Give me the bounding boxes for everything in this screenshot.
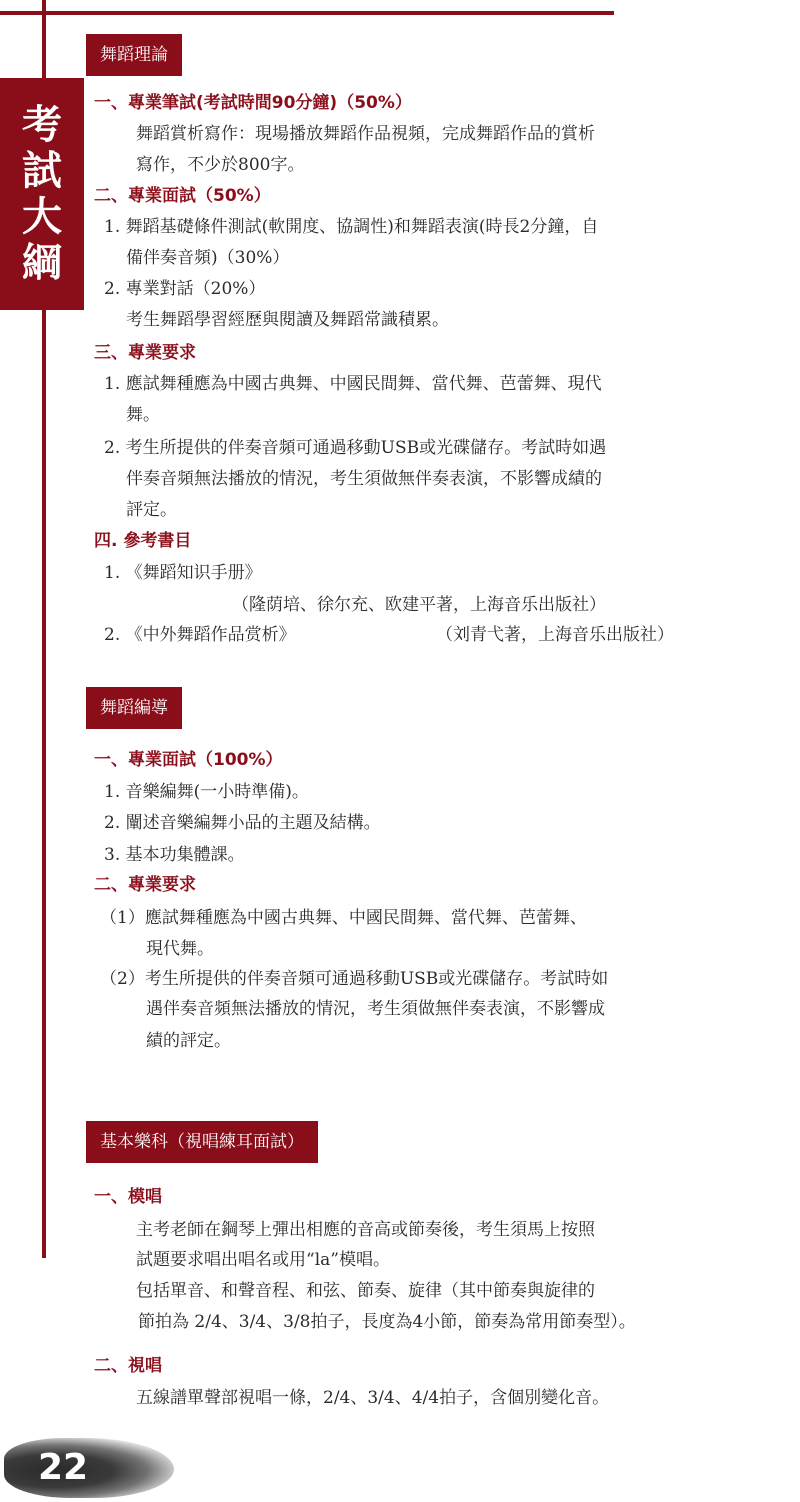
body-text: 五線譜單聲部視唱一條，2/4、3/4、4/4拍子，含個別變化音。 bbox=[136, 1383, 609, 1413]
list-item: 1. 舞蹈基礎條件測試(軟開度、協調性)和舞蹈表演(時長2分鐘，自 bbox=[104, 212, 598, 242]
list-item: 2. 考生所提供的伴奏音頻可通過移動USB或光碟儲存。考試時如遇 bbox=[104, 433, 606, 463]
sidebar-title-char: 大 bbox=[22, 194, 62, 240]
list-item: 2. 《中外舞蹈作品赏析》 bbox=[104, 620, 296, 650]
book-author: （隆荫培、徐尔充、欧建平著，上海音乐出版社） bbox=[232, 590, 606, 620]
body-text: 寫作，不少於800字。 bbox=[136, 150, 304, 180]
heading: 四. 參考書目 bbox=[94, 526, 191, 556]
list-item: 2. 闡述音樂編舞小品的主題及結構。 bbox=[104, 808, 381, 838]
body-text: 伴奏音頻無法播放的情況，考生須做無伴奏表演，不影響成績的 bbox=[126, 464, 602, 494]
section-tag-choreography: 舞蹈編導 bbox=[86, 687, 182, 729]
sidebar-title-char: 試 bbox=[22, 148, 62, 194]
body-text: 現代舞。 bbox=[146, 934, 214, 964]
body-text: 評定。 bbox=[126, 495, 177, 525]
list-item: 2. 專業對話（20%） bbox=[104, 274, 265, 304]
sidebar-title-block: 考 試 大 綱 bbox=[0, 78, 84, 310]
sidebar-title-char: 考 bbox=[22, 102, 62, 148]
body-text: 備伴奏音頻)（30%） bbox=[126, 243, 289, 273]
heading: 一、模唱 bbox=[94, 1182, 162, 1212]
ink-brush-stroke-icon bbox=[4, 1438, 174, 1498]
body-text: 試題要求唱出唱名或用“la”模唱。 bbox=[136, 1245, 390, 1275]
list-item: 1. 應試舞種應為中國古典舞、中國民間舞、當代舞、芭蕾舞、現代 bbox=[104, 369, 602, 399]
body-text: 舞蹈賞析寫作：現場播放舞蹈作品視頻，完成舞蹈作品的賞析 bbox=[136, 119, 595, 149]
heading: 三、專業要求 bbox=[94, 338, 196, 368]
heading: 一、專業筆試(考試時間90分鐘)（50%） bbox=[94, 88, 412, 118]
heading: 二、專業要求 bbox=[94, 870, 196, 900]
list-item: 3. 基本功集體課。 bbox=[104, 840, 245, 870]
heading: 二、專業面試（50%） bbox=[94, 181, 271, 211]
body-text: 節拍為 2/4、3/4、3/8拍子，長度為4小節，節奏為常用節奏型）。 bbox=[138, 1307, 636, 1337]
heading: 一、專業面試（100%） bbox=[94, 745, 283, 775]
section-tag-basic-music: 基本樂科（視唱練耳面試） bbox=[86, 1121, 318, 1163]
body-text: 考生舞蹈學習經歷與閱讀及舞蹈常識積累。 bbox=[126, 305, 449, 335]
body-text: 包括單音、和聲音程、和弦、節奏、旋律（其中節奏與旋律的 bbox=[136, 1276, 595, 1306]
list-item: （1）應試舞種應為中國古典舞、中國民間舞、當代舞、芭蕾舞、 bbox=[100, 903, 587, 933]
heading: 二、視唱 bbox=[94, 1351, 162, 1381]
list-item: 1. 《舞蹈知识手册》 bbox=[104, 558, 262, 588]
body-text: 舞。 bbox=[126, 400, 160, 430]
list-item: 1. 音樂編舞(一小時準備)。 bbox=[104, 777, 309, 807]
body-text: 主考老師在鋼琴上彈出相應的音高或節奏後，考生須馬上按照 bbox=[136, 1215, 595, 1245]
section-tag-dance-theory: 舞蹈理論 bbox=[86, 34, 182, 76]
page-number-block: 22 bbox=[0, 1430, 190, 1502]
body-text: 績的評定。 bbox=[146, 1026, 231, 1056]
top-divider-line bbox=[0, 11, 614, 15]
page-number: 22 bbox=[38, 1446, 88, 1490]
book-author: （刘青弋著，上海音乐出版社） bbox=[436, 620, 674, 650]
body-text: 遇伴奏音頻無法播放的情況，考生須做無伴奏表演，不影響成 bbox=[146, 994, 605, 1024]
sidebar-title-char: 綱 bbox=[22, 240, 62, 286]
list-item: （2）考生所提供的伴奏音頻可通過移動USB或光碟儲存。考試時如 bbox=[100, 964, 608, 994]
